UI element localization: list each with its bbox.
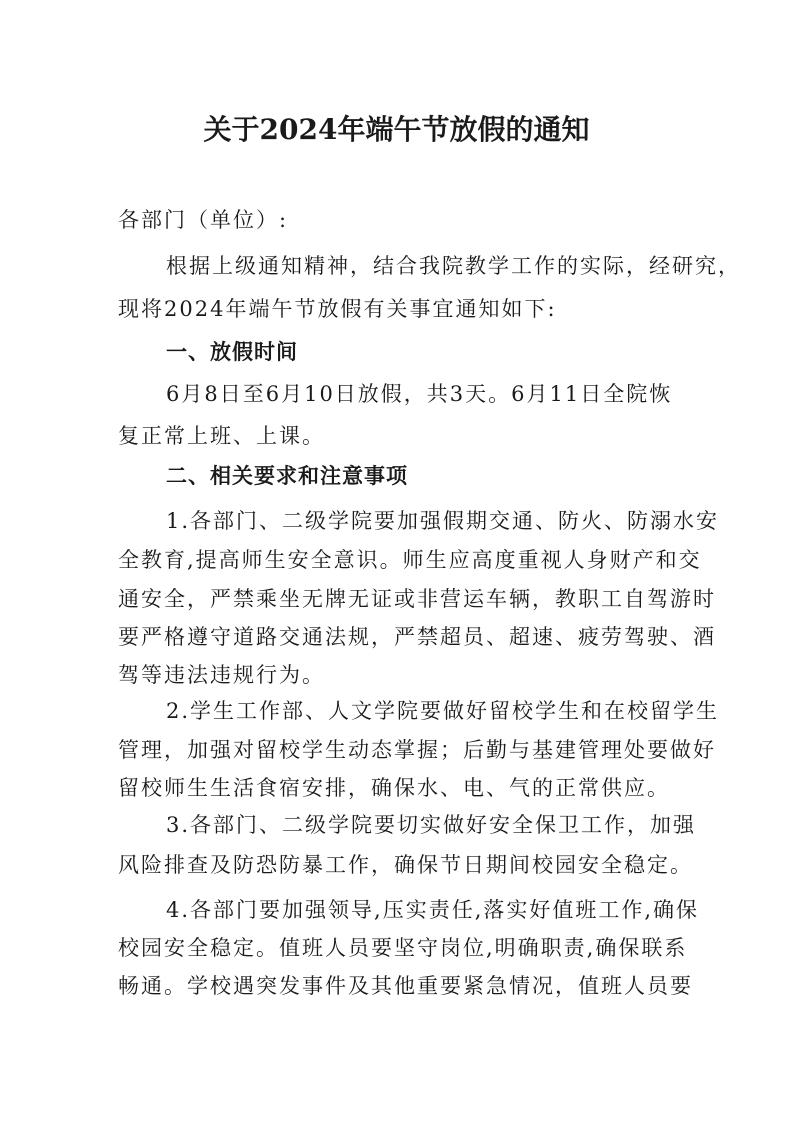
paragraph-line: 3.各部门、二级学院要切实做好安全保卫工作，加强 <box>166 812 696 838</box>
intro-line-1: 根据上级通知精神，结合我院教学工作的实际，经研究， <box>166 253 741 279</box>
paragraph-line: 要严格遵守道路交通法规，严禁超员、超速、疲劳驾驶、酒 <box>118 624 716 650</box>
paragraph-line: 畅通。学校遇突发事件及其他重要紧急情况，值班人员要 <box>118 973 693 999</box>
document-title: 关于2024年端午节放假的通知 <box>0 108 793 148</box>
intro-line-2: 现将2024年端午节放假有关事宜通知如下: <box>118 296 557 322</box>
paragraph-line: 风险排查及防恐防暴工作，确保节日期间校园安全稳定。 <box>118 852 693 878</box>
paragraph-line: 校园安全稳定。值班人员要坚守岗位,明确职责,确保联系 <box>118 935 687 961</box>
paragraph-line: 管理，加强对留校学生动态掌握；后勤与基建管理处要做好 <box>118 737 716 763</box>
section-heading-2: 二、相关要求和注意事项 <box>166 463 408 489</box>
paragraph-line: 1.各部门、二级学院要加强假期交通、防火、防溺水安 <box>166 508 719 534</box>
paragraph-line: 驾等违法违规行为。 <box>118 662 325 688</box>
paragraph-line: 全教育,提高师生安全意识。师生应高度重视人身财产和交 <box>118 547 702 573</box>
salutation: 各部门（单位）: <box>118 207 288 233</box>
paragraph-line: 复正常上班、上课。 <box>118 423 325 449</box>
paragraph-line: 2.学生工作部、人文学院要做好留校学生和在校留学生 <box>166 698 719 724</box>
paragraph-line: 4.各部门要加强领导,压实责任,落实好值班工作,确保 <box>166 897 699 923</box>
paragraph-line: 6月8日至6月10日放假，共3天。6月11日全院恢 <box>166 381 672 407</box>
section-heading-1: 一、放假时间 <box>166 339 298 365</box>
paragraph-line: 留校师生生活食宿安排，确保水、电、气的正常供应。 <box>118 775 670 801</box>
paragraph-line: 通安全，严禁乘坐无牌无证或非营运车辆，教职工自驾游时 <box>118 586 716 612</box>
